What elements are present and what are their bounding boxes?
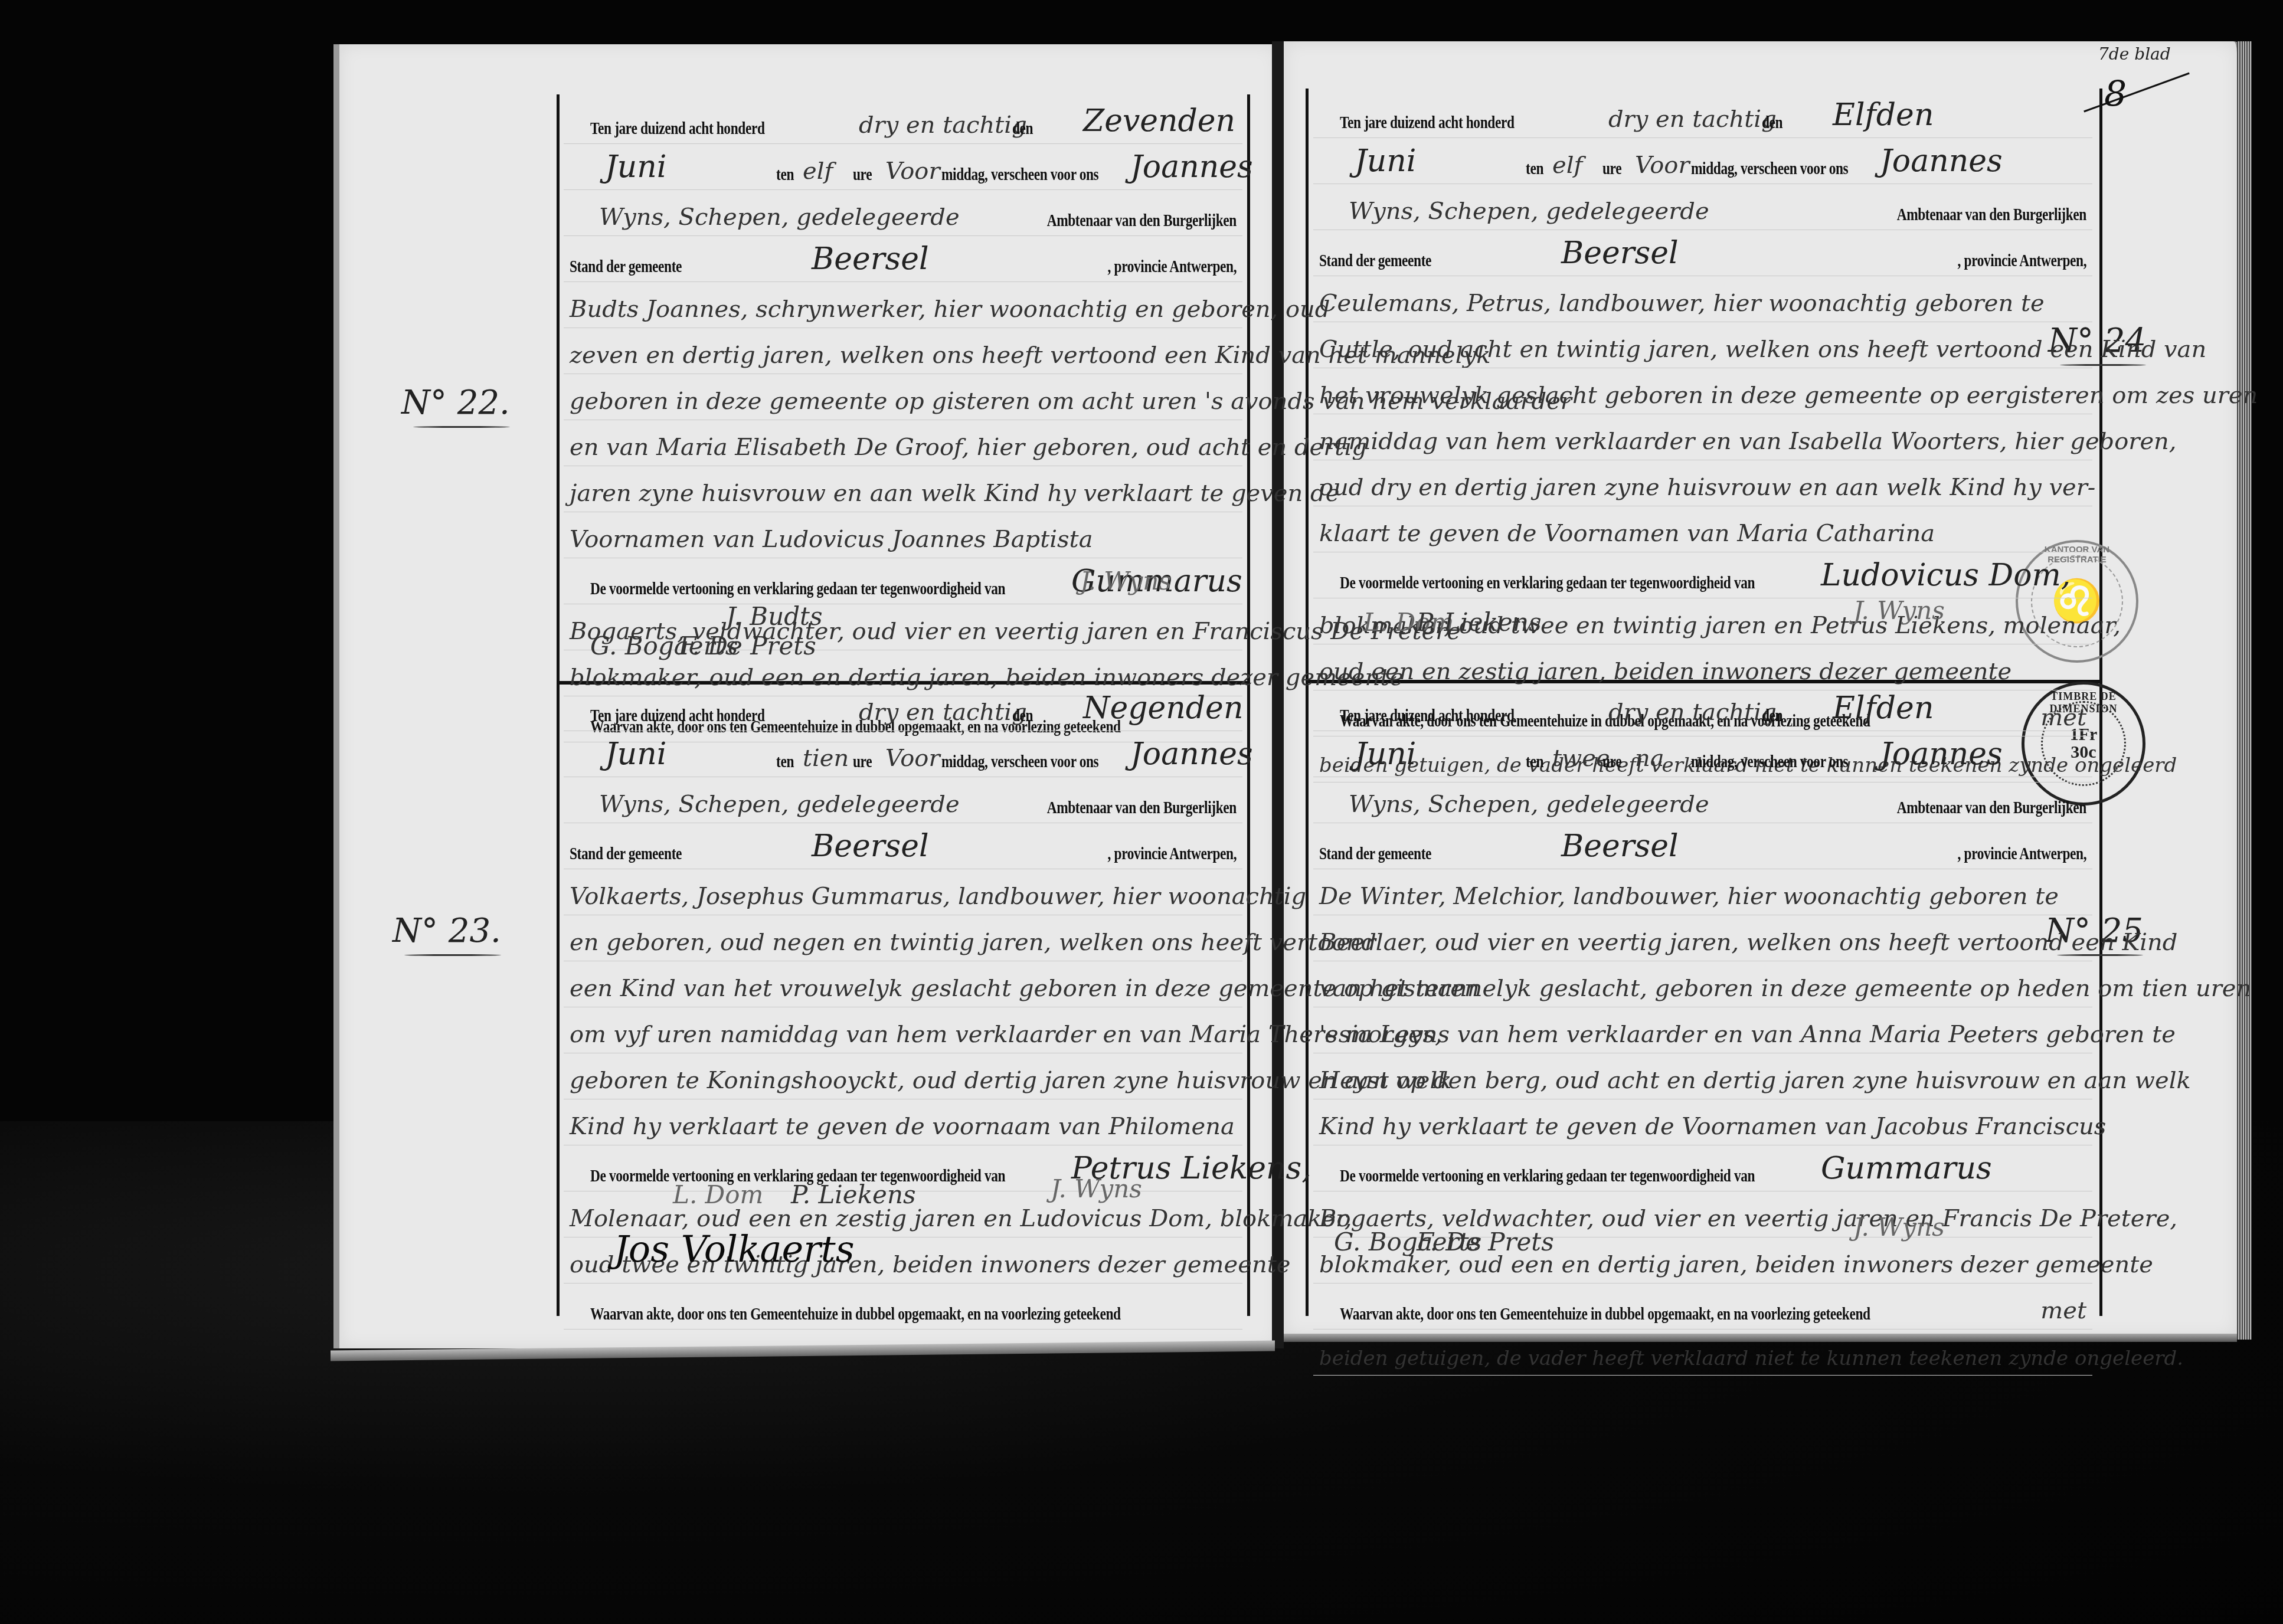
printed-ten: ten — [1526, 752, 1543, 772]
handwritten-text: Kind hy verklaart te geven de voornaam v… — [570, 1113, 1235, 1140]
handwritten-text: Kind hy verklaart te geven de Voornamen … — [1319, 1113, 2106, 1140]
official-signature: J. Wyns — [1051, 1174, 1142, 1203]
municipality: Beersel — [1561, 235, 1679, 271]
printed-provincie: , provincie Antwerpen, — [1958, 251, 2086, 271]
printed-year-prefix: Ten jare duizend acht honderd — [1340, 113, 1515, 133]
printed-voormelde: De voormelde vertooning en verklaring ge… — [1340, 573, 1755, 593]
handwritten-text: oud dry en dertig jaren zyne huisvrouw e… — [1319, 474, 2095, 501]
printed-provincie: , provincie Antwerpen, — [1108, 257, 1237, 277]
am-pm: na — [1635, 745, 1664, 772]
entry-body-line: Volkaerts, Josephus Gummarus, landbouwer… — [564, 869, 1242, 915]
handwritten-text: jaren zyne huisvrouw en aan welk Kind hy… — [570, 480, 1339, 507]
entry-body-line: klaart te geven de Voornamen van Maria C… — [1313, 506, 2092, 552]
handwritten-text: beiden getuigen, de vader heeft verklaar… — [1319, 1347, 2183, 1370]
entry-body-line: van het mannelyk geslacht, geboren in de… — [1313, 961, 2092, 1007]
printed-ten: ten — [776, 165, 794, 185]
signature: P. Liekens — [1417, 608, 1542, 637]
printed-middag: middag, verscheen voor ons — [1691, 752, 1848, 772]
official-signature: J. Wyns — [1080, 567, 1172, 595]
entry-body-line: Heyst op den berg, oud acht en dertig ja… — [1313, 1053, 2092, 1099]
entry-body-line: jaren zyne huisvrouw en aan welk Kind hy… — [564, 466, 1242, 512]
printed-den: den — [1012, 119, 1033, 139]
printed-year-prefix: Ten jare duizend acht honderd — [1340, 706, 1515, 726]
municipality: Beersel — [812, 241, 929, 277]
signature: P. Liekens — [791, 1180, 916, 1209]
month: Juni — [605, 149, 666, 185]
hour-words: tien — [803, 745, 849, 772]
handwritten-text: en van Maria Elisabeth De Groof, hier ge… — [570, 434, 1367, 461]
signature: L. Dom — [673, 1180, 763, 1209]
struck-folio-number: 8 — [2104, 74, 2127, 115]
official-first-name: Joannes — [1130, 736, 1253, 772]
am-pm: Voor — [885, 745, 940, 772]
handwritten-text: om vyf uren namiddag van hem verklaarder… — [570, 1021, 1443, 1048]
official-name-title: Wyns, Schepen, gedelegeerde — [1349, 198, 1709, 225]
month: Juni — [1355, 143, 1416, 179]
handwritten-text: oud een en zestig jaren, beiden inwoners… — [1319, 658, 2011, 685]
folio-label: 7de blad — [2098, 44, 2171, 64]
entry-body-line: De Winter, Melchior, landbouwer, hier wo… — [1313, 869, 2092, 915]
printed-waarvan: Waarvan akte, door ons ten Gemeentehuize… — [590, 1304, 1121, 1324]
waarvan-continuation-line: beiden getuigen, de vader heeft verklaar… — [1313, 1329, 2092, 1376]
entry-body-line: Voornamen van Ludovicus Joannes Baptista — [564, 512, 1242, 558]
printed-stand: Stand der gemeente — [1319, 844, 1431, 864]
page-stack-edge — [2237, 41, 2252, 1340]
entry-body-line: Kind hy verklaart te geven de voornaam v… — [564, 1099, 1242, 1145]
entry-body-line: en van Maria Elisabeth De Groof, hier ge… — [564, 420, 1242, 466]
year-words: dry en tachtig — [1608, 106, 1777, 133]
printed-ambtenaar: Ambtenaar van den Burgerlijken — [1897, 205, 2086, 225]
day-words: Zevenden — [1083, 103, 1235, 139]
printed-den: den — [1012, 706, 1033, 726]
month: Juni — [1355, 736, 1416, 772]
handwritten-text: en geboren, oud negen en twintig jaren, … — [570, 929, 1376, 956]
municipality: Beersel — [812, 829, 929, 864]
printed-year-prefix: Ten jare duizend acht honderd — [590, 119, 765, 139]
entry-body-line: om vyf uren namiddag van hem verklaarder… — [564, 1007, 1242, 1053]
entry-body-line: 's morgens van hem verklaarder en van An… — [1313, 1007, 2092, 1053]
witness-line: oud een en zestig jaren, beiden inwoners… — [1313, 644, 2092, 690]
hour-words: elf — [1552, 152, 1582, 179]
printed-stand: Stand der gemeente — [570, 844, 682, 864]
printed-waarvan: Waarvan akte, door ons ten Gemeentehuize… — [1340, 1304, 1870, 1324]
printed-stand: Stand der gemeente — [570, 257, 682, 277]
birth-record-entry-24: Ten jare duizend acht honderd dry en tac… — [1313, 91, 2092, 676]
first-witness-start: Ludovicus Dom, — [1821, 558, 2071, 593]
handwritten-text: Heyst op den berg, oud acht en dertig ja… — [1319, 1067, 2191, 1094]
year-words: dry en tachtig — [859, 112, 1027, 139]
handwritten-text: 's morgens van hem verklaarder en van An… — [1319, 1021, 2176, 1048]
day-words: Negenden — [1083, 690, 1243, 726]
handwritten-text: Voornamen van Ludovicus Joannes Baptista — [570, 526, 1093, 553]
am-pm: Voor — [1635, 152, 1690, 179]
handwritten-text: De Winter, Melchior, landbouwer, hier wo… — [1319, 883, 2059, 910]
entry-body-line: geboren te Koningshooyckt, oud dertig ja… — [564, 1053, 1242, 1099]
entry-number-22: N° 22. — [401, 384, 510, 422]
handwritten-text: van het mannelyk geslacht, geboren in de… — [1319, 975, 2251, 1002]
signature: F. De Prets — [679, 631, 816, 660]
printed-ure: ure — [853, 165, 872, 185]
official-signature: J. Wyns — [1853, 596, 1945, 625]
birth-record-entry-25: Ten jare duizend acht honderd dry en tac… — [1313, 685, 2092, 1269]
printed-ten: ten — [776, 752, 794, 772]
year-words: dry en tachtig — [1608, 699, 1777, 726]
municipality: Beersel — [1561, 829, 1679, 864]
entry-body-line: geboren in deze gemeente op gisteren om … — [564, 374, 1242, 420]
first-witness-start: Gummarus — [1821, 1151, 1992, 1186]
am-pm: Voor — [885, 158, 940, 185]
official-name-title: Wyns, Schepen, gedelegeerde — [599, 204, 960, 231]
printed-provincie: , provincie Antwerpen, — [1958, 844, 2086, 864]
handwritten-text: het vrouwelyk geslacht geboren in deze g… — [1319, 382, 2258, 409]
printed-ure: ure — [1602, 159, 1621, 179]
printed-year-prefix: Ten jare duizend acht honderd — [590, 706, 765, 726]
printed-ure: ure — [853, 752, 872, 772]
entry-number-23: N° 23. — [393, 912, 501, 950]
printed-ten: ten — [1526, 159, 1543, 179]
hour-words: elf — [803, 158, 833, 185]
entry-body-line: Kind hy verklaart te geven de Voornamen … — [1313, 1099, 2092, 1145]
entry-body-line: Budts Joannes, schrynwerker, hier woonac… — [564, 281, 1242, 328]
handwritten-text: Budts Joannes, schrynwerker, hier woonac… — [570, 296, 1330, 323]
hour-words: twee — [1552, 745, 1610, 772]
entry-body-line: en geboren, oud negen en twintig jaren, … — [564, 915, 1242, 961]
printed-middag: middag, verscheen voor ons — [1691, 159, 1848, 179]
entry-body-line: een Kind van het vrouwelyk geslacht gebo… — [564, 961, 1242, 1007]
official-signature: J. Wyns — [1853, 1213, 1945, 1242]
printed-stand: Stand der gemeente — [1319, 251, 1431, 271]
entry-body-line: zeven en dertig jaren, welken ons heeft … — [564, 328, 1242, 374]
official-first-name: Joannes — [1880, 143, 2003, 179]
printed-voormelde: De voormelde vertooning en verklaring ge… — [1340, 1166, 1755, 1186]
printed-ambtenaar: Ambtenaar van den Burgerlijken — [1897, 798, 2086, 818]
official-name-title: Wyns, Schepen, gedelegeerde — [1349, 791, 1709, 818]
year-words: dry en tachtig — [859, 699, 1027, 726]
entry-body-line: Cuttle, oud acht en twintig jaren, welke… — [1313, 322, 2092, 368]
printed-middag: middag, verscheen voor ons — [941, 165, 1098, 185]
official-name-title: Wyns, Schepen, gedelegeerde — [599, 791, 960, 818]
printed-ure: ure — [1602, 752, 1621, 772]
handwritten-text: Ceulemans, Petrus, landbouwer, hier woon… — [1319, 290, 2045, 317]
signature: J. Budts — [726, 602, 823, 631]
entry-body-line: het vrouwelyk geslacht geboren in deze g… — [1313, 368, 2092, 414]
month: Juni — [605, 736, 666, 772]
day-words: Elfden — [1833, 97, 1934, 133]
entry-body-line: Beerlaer, oud vier en veertig jaren, wel… — [1313, 915, 2092, 961]
handwritten-text: klaart te geven de Voornamen van Maria C… — [1319, 520, 1935, 547]
printed-voormelde: De voormelde vertooning en verklaring ge… — [590, 579, 1005, 599]
entry-body-line: Ceulemans, Petrus, landbouwer, hier woon… — [1313, 276, 2092, 322]
official-first-name: Joannes — [1880, 736, 2003, 772]
waarvan-extra: met — [2040, 1297, 2086, 1324]
signature: Jos Volkaerts — [614, 1227, 855, 1271]
printed-ambtenaar: Ambtenaar van den Burgerlijken — [1047, 798, 1237, 818]
entry-body-line: namiddag van hem verklaarder en van Isab… — [1313, 414, 2092, 460]
printed-middag: middag, verscheen voor ons — [941, 752, 1098, 772]
printed-provincie: , provincie Antwerpen, — [1108, 844, 1237, 864]
handwritten-text: Beerlaer, oud vier en veertig jaren, wel… — [1319, 929, 2177, 956]
printed-ambtenaar: Ambtenaar van den Burgerlijken — [1047, 211, 1237, 231]
signature: F. De Prets — [1417, 1227, 1554, 1256]
handwritten-text: Volkaerts, Josephus Gummarus, landbouwer… — [570, 883, 1306, 910]
printed-den: den — [1762, 706, 1782, 726]
official-first-name: Joannes — [1130, 149, 1253, 185]
entry-body-line: oud dry en dertig jaren zyne huisvrouw e… — [1313, 460, 2092, 506]
handwritten-text: namiddag van hem verklaarder en van Isab… — [1319, 428, 2177, 455]
handwritten-text: Cuttle, oud acht en twintig jaren, welke… — [1319, 336, 2206, 363]
day-words: Elfden — [1833, 690, 1934, 726]
printed-den: den — [1762, 113, 1782, 133]
